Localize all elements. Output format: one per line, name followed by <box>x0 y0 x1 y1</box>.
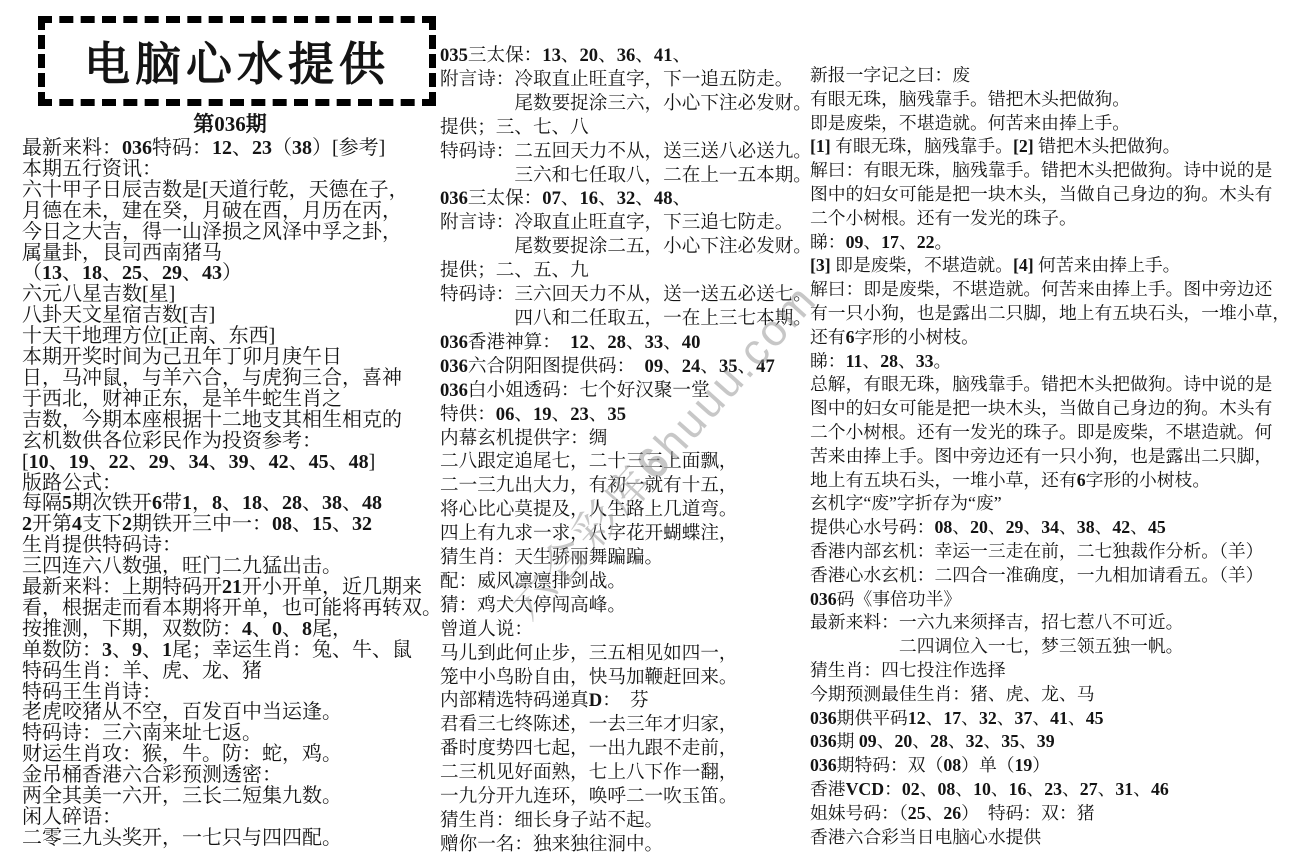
text-line: 月德在未，建在癸，月破在酉，月历在丙， <box>22 201 440 222</box>
text-line: 按推测，下期，双数防：4、0、8尾， <box>22 619 440 640</box>
text-line: 闲人碎语： <box>22 807 440 828</box>
text-line: [1] 有眼无珠，脑残靠手。[2] 错把木头把做狗。 <box>810 135 1298 159</box>
text-line: 尾数要捉涂三六，小心下注必发财。 <box>440 92 808 116</box>
text-line: 尾数要捉涂二五，小心下注必发财。 <box>440 235 808 259</box>
text-line: 即是废柴，不堪造就。何苦来由捧上手。 <box>810 112 1298 136</box>
text-line: 特供：06、19、23、35 <box>440 403 808 427</box>
text-line: 二一三九出大力，有初一就有十五， <box>440 474 808 498</box>
text-line: 曾道人说： <box>440 618 808 642</box>
text-line: 配：威风凛凛排剑战。 <box>440 570 808 594</box>
text-line: 解曰：有眼无珠，脑残靠手。错把木头把做狗。诗中说的是 <box>810 159 1298 183</box>
text-line: 特码诗：三六回天力不从，送一送五必送七。 <box>440 283 808 307</box>
text-line: 特码王生肖诗： <box>22 682 440 703</box>
text-line: 二零三九头奖开，一七只与四四配。 <box>22 828 440 849</box>
text-line: 三四连六八数强，旺门二九猛出击。 <box>22 556 440 577</box>
text-line: 特码生肖：羊、虎、龙、猪 <box>22 661 440 682</box>
text-line: 玄机数供各位彩民作为投资参考： <box>22 431 440 452</box>
page-title: 电脑心水提供 <box>84 28 390 94</box>
text-line: 地上有五块石头，一堆小草，还有6字形的小树枝。 <box>810 469 1298 493</box>
text-line: 总解，有眼无珠，脑残靠手。错把木头把做狗。诗中说的是 <box>810 373 1298 397</box>
text-line: 二八跟定追尾七，二十三三上面飘， <box>440 450 808 474</box>
text-line: 苦来由捧上手。图中旁边还有一只小狗，也是露出二只脚， <box>810 445 1298 469</box>
text-line: 最新来料：上期特码开21开小开单，近几期来 <box>22 577 440 598</box>
title-box: 电脑心水提供 <box>38 16 436 106</box>
text-line: 036三太保：07、16、32、48、 <box>440 187 808 211</box>
text-line: 036码《事倍功半》 <box>810 588 1298 612</box>
text-line: 最新来料：一六九来须择吉，招七惹八不可近。 <box>810 611 1298 635</box>
text-line: 036六合阴阳图提供码： 09、24、35、47 <box>440 355 808 379</box>
text-line: 君看三七终陈述，一去三年才归家， <box>440 713 808 737</box>
text-line: 一九分开九连环，唤呼二一吹玉笛。 <box>440 785 808 809</box>
text-line: 图中的妇女可能是把一块木头，当做自己身边的狗。木头有 <box>810 397 1298 421</box>
text-line: 二三机见好面熟，七上八下作一翻， <box>440 761 808 785</box>
text-line: 日，马冲鼠，与羊六合，与虎狗三合，喜神 <box>22 368 440 389</box>
text-line: 笼中小鸟盼自由，快马加鞭赶回来。 <box>440 666 808 690</box>
text-line: 提供；三、七、八 <box>440 116 808 140</box>
text-line: 四上有九求一求，八字花开蝴蝶注， <box>440 522 808 546</box>
text-line: 二四调位入一七，梦三领五独一帆。 <box>810 635 1298 659</box>
text-line: 属量卦，艮司西南猪马 <box>22 243 440 264</box>
text-line: 六元八星吉数[星] <box>22 284 440 305</box>
text-line: 赠你一名：独来独往洞中。 <box>440 833 808 857</box>
text-line: 特码诗：三六南来址七返。 <box>22 723 440 744</box>
text-line: 猜：鸡犬大停闯高峰。 <box>440 594 808 618</box>
text-line: 财运生肖攻：猴，牛。防：蛇，鸡。 <box>22 744 440 765</box>
text-line: 香港六合彩当日电脑心水提供 <box>810 826 1298 850</box>
text-line: 睇：11、28、33。 <box>810 350 1298 374</box>
text-line: 于西北，财神正东，是羊牛蛇生肖之 <box>22 389 440 410</box>
text-line: 提供；二、五、九 <box>440 259 808 283</box>
text-line: 猜生肖：四七投注作选择 <box>810 659 1298 683</box>
text-line: 特码诗：二五回天力不从，送三送八必送九。 <box>440 140 808 164</box>
text-line: 二个小树根。还有一发光的珠子。即是废柴，不堪造就。何 <box>810 421 1298 445</box>
text-line: 图中的妇女可能是把一块木头，当做自己身边的狗。木头有 <box>810 183 1298 207</box>
text-line: 三六和七任取八，二在上一五本期。 <box>440 164 808 188</box>
issue-number: 第036期 <box>20 108 440 138</box>
text-line: 035三太保：13、20、36、41、 <box>440 44 808 68</box>
text-line: 每隔5期次铁开6带1，8、18、28、38、48 <box>22 493 440 514</box>
text-line: 八卦天文星宿吉数[吉] <box>22 305 440 326</box>
text-line: 最新来料：036特码：12、23（38）[参考] <box>22 138 440 159</box>
text-line: 两全其美一六开，三长二短集九数。 <box>22 786 440 807</box>
text-line: 吉数，今期本座根据十二地支其相生相克的 <box>22 410 440 431</box>
text-line: 有一只小狗，也是露出二只脚，地上有五块石头，一堆小草， <box>810 302 1298 326</box>
text-line: 今日之大吉，得一山泽损之风泽中孚之卦， <box>22 222 440 243</box>
text-line: 香港心水玄机：二四合一准确度，一九相加请看五。（羊） <box>810 564 1298 588</box>
text-line: 猜生肖：细长身子站不起。 <box>440 809 808 833</box>
text-line: 新报一字记之曰：废 <box>810 64 1298 88</box>
text-line: 内部精选特码递真D： 芬 <box>440 689 808 713</box>
text-line: 提供心水号码：08、20、29、34、38、42、45 <box>810 516 1298 540</box>
text-line: 十天干地理方位[正南、东西] <box>22 326 440 347</box>
text-line: 四八和二任取五，一在上三七本期。 <box>440 307 808 331</box>
text-line: 将心比心莫提及，人生路上几道弯。 <box>440 498 808 522</box>
text-line: 有眼无珠，脑残靠手。错把木头把做狗。 <box>810 88 1298 112</box>
text-line: 2开第4支下2期铁开三中一：08、15、32 <box>22 514 440 535</box>
text-line: 还有6字形的小树枝。 <box>810 326 1298 350</box>
text-line: 036香港神算： 12、28、33、40 <box>440 331 808 355</box>
text-line: 猜生肖：天生骄丽舞蹁蹁。 <box>440 546 808 570</box>
text-line: 解曰：即是废柴，不堪造就。何苦来由捧上手。图中旁边还 <box>810 278 1298 302</box>
text-line: 生肖提供特码诗： <box>22 535 440 556</box>
text-line: 玄机字“废”字折存为“废” <box>810 492 1298 516</box>
text-line: 二个小树根。还有一发光的珠子。 <box>810 207 1298 231</box>
text-line: 附言诗：冷取直止旺直字，下一追五防走。 <box>440 68 808 92</box>
text-line: 六十甲子日辰吉数是[天道行乾，天德在子， <box>22 180 440 201</box>
text-line: 单数防：3、9、1尾；幸运生肖：兔、牛、鼠 <box>22 640 440 661</box>
text-line: 本期开奖时间为己丑年丁卯月庚午日 <box>22 347 440 368</box>
text-line: 036期特码：双（08）单（19） <box>810 754 1298 778</box>
text-line: 睇：09、17、22。 <box>810 231 1298 255</box>
text-line: 看，根据走而看本期将开单，也可能将再转双。 <box>22 598 440 619</box>
text-line: 版路公式： <box>22 473 440 494</box>
middle-column: 035三太保：13、20、36、41、附言诗：冷取直止旺直字，下一追五防走。 尾… <box>440 44 808 857</box>
text-line: 香港内部玄机：幸运一三走在前，二七独裁作分析。（羊） <box>810 540 1298 564</box>
text-line: 金吊桶香港六合彩预测透密： <box>22 765 440 786</box>
left-column: 最新来料：036特码：12、23（38）[参考]本期五行资讯：六十甲子日辰吉数是… <box>22 138 440 849</box>
text-line: [3] 即是废柴，不堪造就。[4] 何苦来由捧上手。 <box>810 254 1298 278</box>
text-line: 附言诗：冷取直止旺直字，下三追七防走。 <box>440 211 808 235</box>
lottery-tip-sheet: 电脑心水提供 第036期 最新来料：036特码：12、23（38）[参考]本期五… <box>0 0 1300 867</box>
text-line: 香港VCD：02、08、10、16、23、27、31、46 <box>810 778 1298 802</box>
right-column: 新报一字记之曰：废有眼无珠，脑残靠手。错把木头把做狗。即是废柴，不堪造就。何苦来… <box>810 64 1298 849</box>
text-line: 036白小姐透码：七个好汉聚一堂 <box>440 379 808 403</box>
text-line: 036期 09、20、28、32、35、39 <box>810 730 1298 754</box>
text-line: 本期五行资讯： <box>22 159 440 180</box>
text-line: 今期预测最佳生肖：猪、虎、龙、马 <box>810 683 1298 707</box>
text-line: （13、18、25、29、43） <box>22 263 440 284</box>
text-line: 内幕玄机提供字：绸 <box>440 427 808 451</box>
text-line: 姐妹号码：（25、26） 特码：双：猪 <box>810 802 1298 826</box>
text-line: [10、19、22、29、34、39、42、45、48] <box>22 452 440 473</box>
text-line: 番时度势四七起，一出九跟不走前， <box>440 737 808 761</box>
text-line: 老虎咬猪从不空，百发百中当运逢。 <box>22 702 440 723</box>
text-line: 马儿到此何止步，三五相见如四一， <box>440 642 808 666</box>
text-line: 036期供平码12、17、32、37、41、45 <box>810 707 1298 731</box>
